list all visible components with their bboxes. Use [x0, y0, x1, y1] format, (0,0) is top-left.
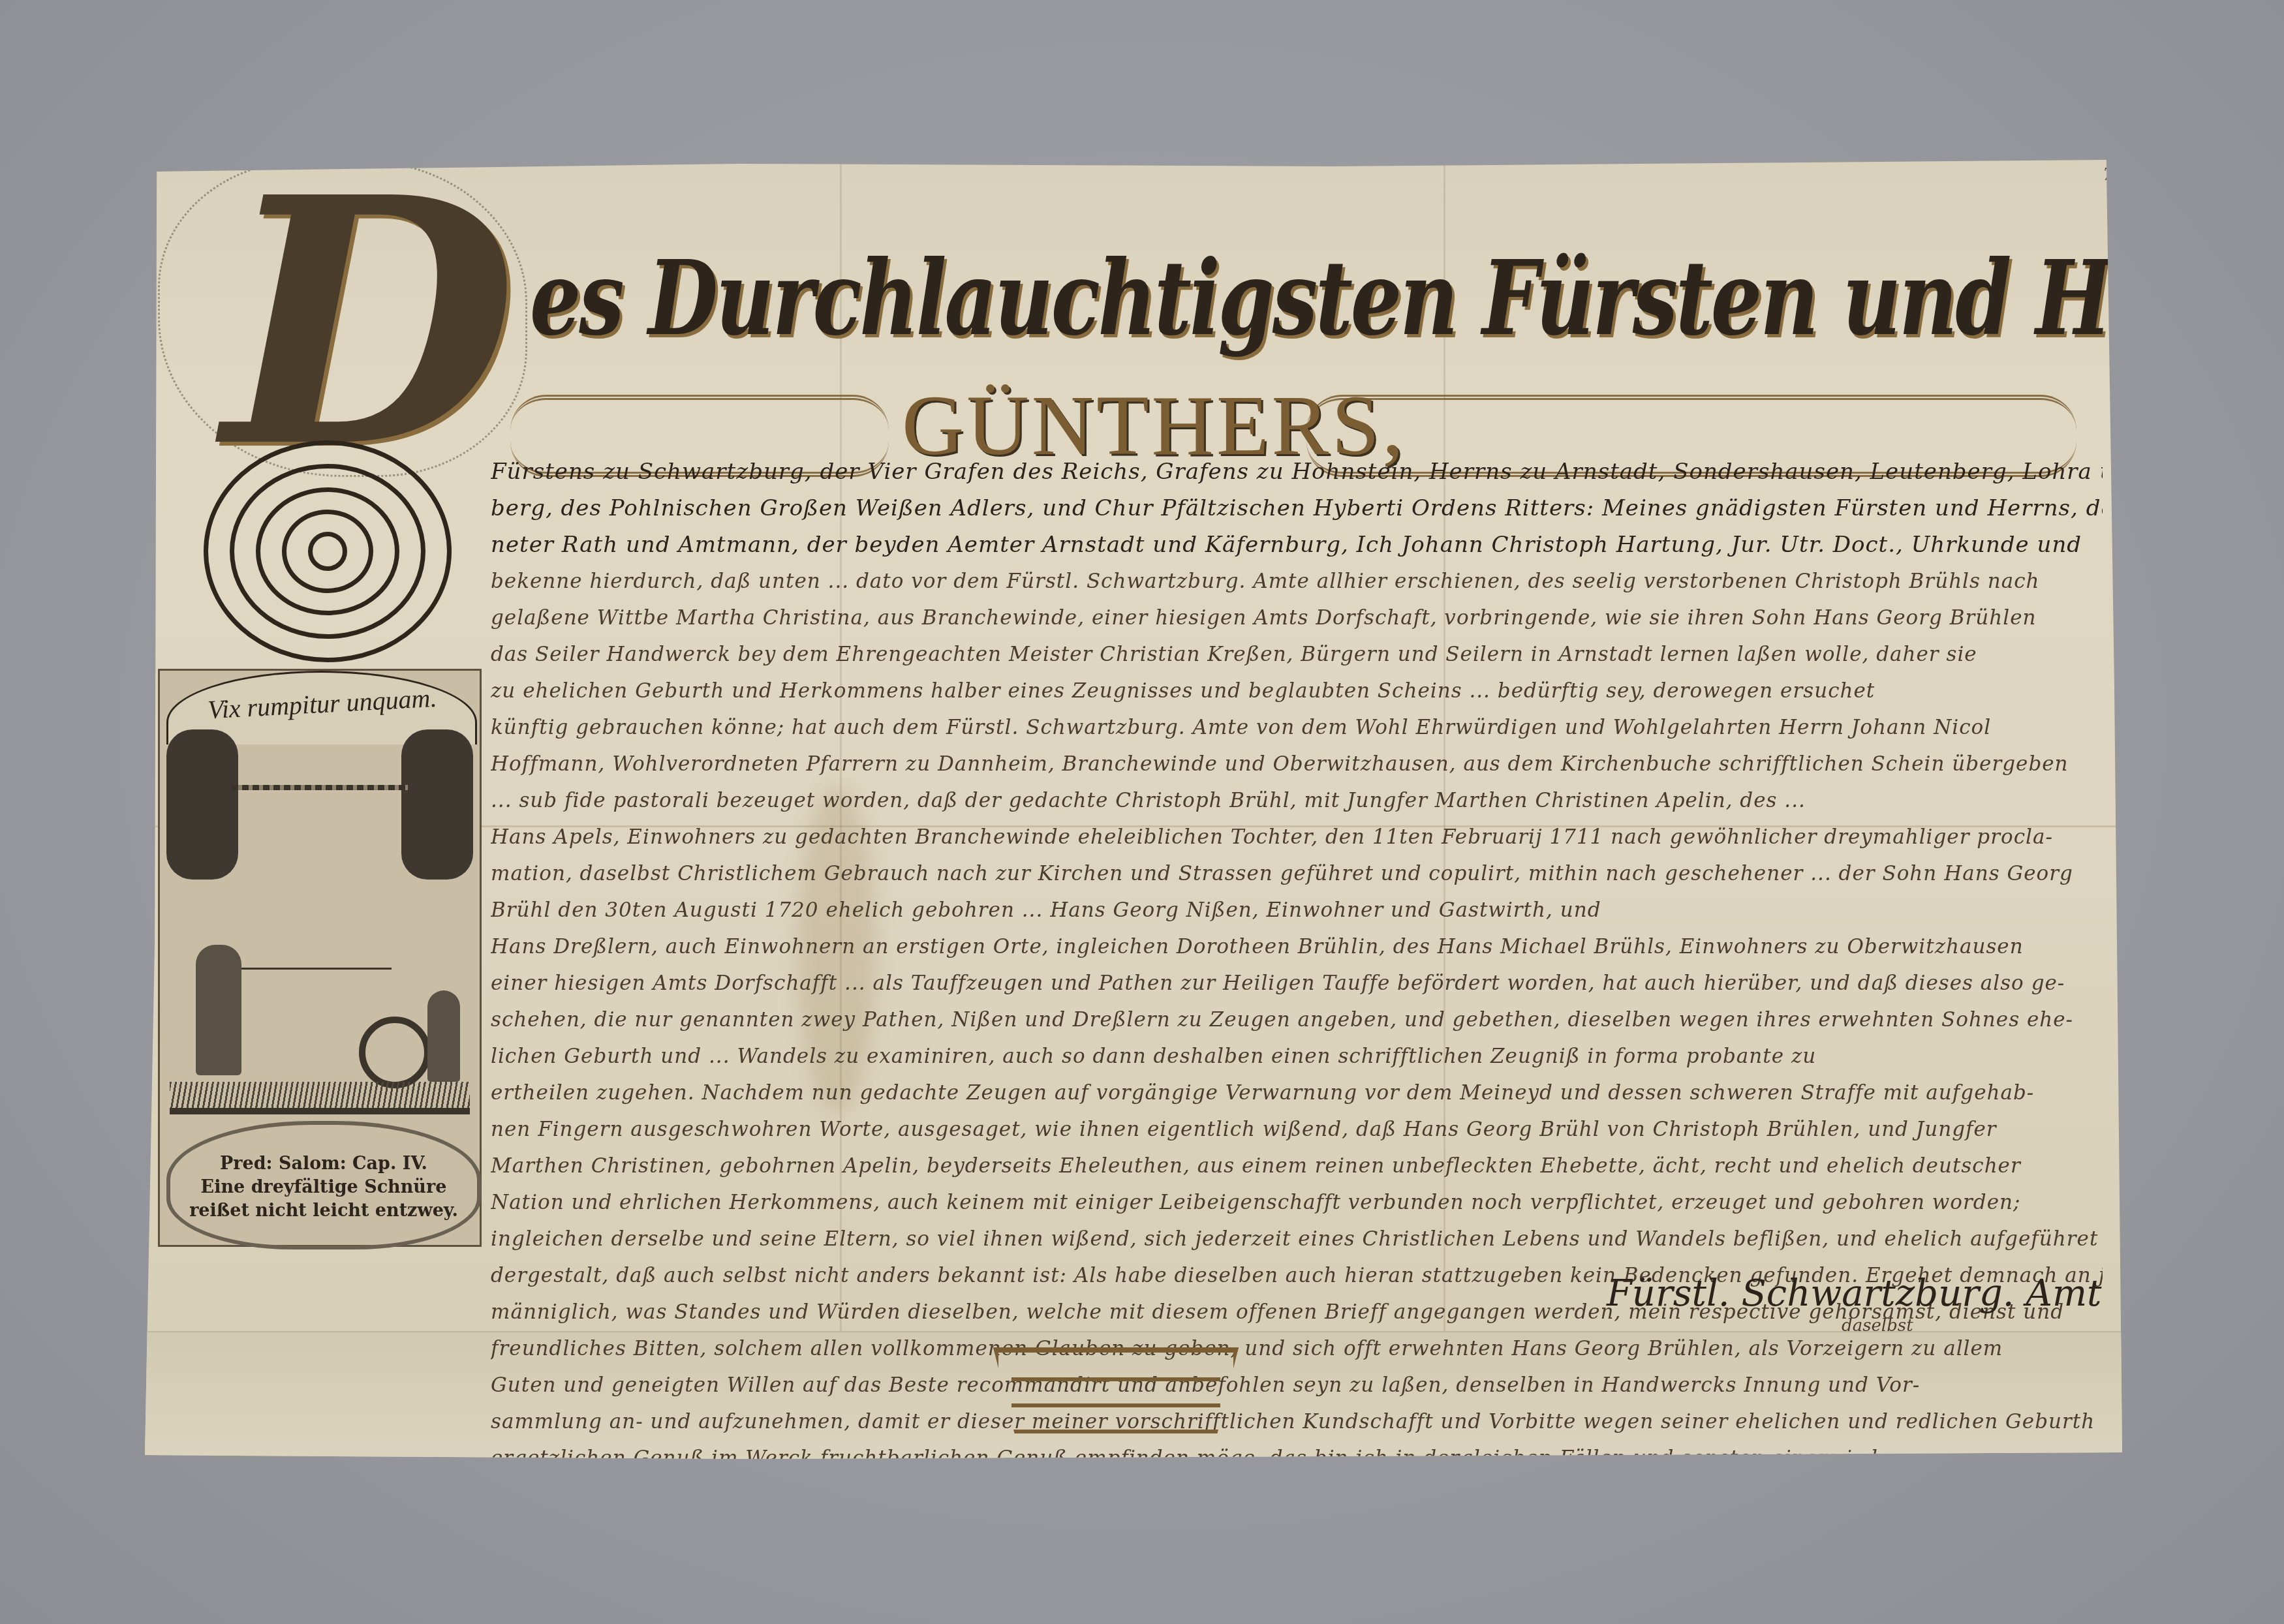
- text-line: schehen, die nur genannten zwey Pathen, …: [491, 1002, 2103, 1038]
- text-line: Hans Apels, Einwohners zu gedachten Bran…: [491, 819, 2103, 855]
- child-figure-icon: [427, 990, 460, 1082]
- spinning-wheel-icon: [359, 1017, 431, 1088]
- text-line: zu ehelichen Geburth und Herkommens halb…: [491, 673, 2103, 709]
- heading-line-1: es Durchlauchtigsten Fürsten und Herrns,…: [530, 238, 2284, 359]
- text-line: Fürstens zu Schwartzburg, der Vier Grafe…: [491, 453, 2103, 490]
- cartouche-reference: Pred: Salom: Cap. IV.: [170, 1152, 477, 1176]
- text-line: Hans Dreßlern, auch Einwohnern an erstig…: [491, 928, 2103, 965]
- cartouche-line: reißet nicht leicht entzwey.: [170, 1199, 477, 1223]
- text-line: Hoffmann, Wohlverordneten Pfarrern zu Da…: [491, 746, 2103, 782]
- parchment-document: 7. D es Durchlauchtigsten Fürsten und He…: [145, 160, 2122, 1462]
- ropemaker-figure-icon: [196, 945, 241, 1075]
- text-line: freundliches Bitten, solchem allen vollk…: [491, 1330, 2103, 1367]
- rope-strand: [241, 968, 392, 970]
- text-line: sammlung an- und aufzunehmen, damit er d…: [491, 1403, 2103, 1440]
- ground: [170, 1082, 470, 1108]
- text-line: ingleichen derselbe und seine Eltern, so…: [491, 1221, 2103, 1257]
- signature-subtext: daselbst: [1842, 1316, 1913, 1336]
- text-line: ertheilen zugehen. Nachdem nun gedachte …: [491, 1075, 2103, 1111]
- seal-holder-icon: [993, 1347, 1239, 1467]
- text-line: lichen Geburth und ... Wandels zu examin…: [491, 1038, 2103, 1075]
- text-line: neter Rath und Amtmann, der beyden Aemte…: [491, 527, 2103, 563]
- text-line: das Seiler Handwerck bey dem Ehrengeacht…: [491, 636, 2103, 673]
- text-line: ... sub fide pastorali bezeuget worden, …: [491, 782, 2103, 819]
- decorated-initial: D: [223, 170, 530, 476]
- text-line: berg, des Pohlnischen Großen Weißen Adle…: [491, 490, 2103, 527]
- text-line: bekenne hierdurch, daß unten ... dato vo…: [491, 563, 2103, 600]
- text-line: einer hiesigen Amts Dorfschafft ... als …: [491, 965, 2103, 1002]
- emblem-illustration: Vix rumpitur unquam. Pred: Salom: Cap. I…: [158, 669, 482, 1247]
- text-line: Marthen Christinen, gebohrnen Apelin, be…: [491, 1148, 2103, 1184]
- text-line: mation, daselbst Christlichem Gebrauch n…: [491, 855, 2103, 892]
- text-line: Brühl den 30ten Augusti 1720 ehelich geb…: [491, 892, 2103, 928]
- cloud-left-icon: [166, 729, 238, 880]
- document-body-text: Fürstens zu Schwartzburg, der Vier Grafe…: [491, 453, 2103, 1586]
- text-line: nen Fingern ausgeschwohren Worte, ausges…: [491, 1111, 2103, 1148]
- cartouche-line: Eine dreyfältige Schnüre: [170, 1176, 477, 1199]
- official-signature: Fürstl. Schwartzburg. Amt: [1607, 1272, 2102, 1315]
- text-line: Nation und ehrlichen Herkommens, auch ke…: [491, 1184, 2103, 1221]
- text-line: Guten und geneigten Willen auf das Beste…: [491, 1367, 2103, 1403]
- rope-icon: [232, 785, 408, 790]
- cloud-right-icon: [401, 729, 473, 880]
- motto-text: Vix rumpitur unquam.: [207, 682, 437, 725]
- text-line: gelaßene Wittbe Martha Christina, aus Br…: [491, 600, 2103, 636]
- spiral-flourish-icon: [204, 440, 452, 662]
- text-line: künftig gebrauchen könne; hat auch dem F…: [491, 709, 2103, 746]
- scripture-cartouche: Pred: Salom: Cap. IV. Eine dreyfältige S…: [166, 1121, 481, 1249]
- ropemaker-scene: [170, 919, 470, 1114]
